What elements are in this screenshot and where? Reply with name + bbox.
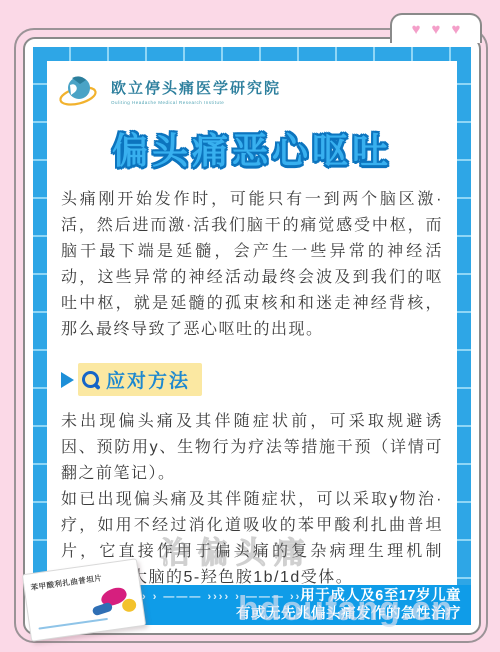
logo-text-en: Ouliting Headache Medical Research Insti… <box>111 100 281 105</box>
logo-texts: 欧立停头痛医学研究院 Ouliting Headache Medical Res… <box>111 77 281 105</box>
page-title: 偏头痛恶心呕吐 <box>47 123 457 174</box>
tiled-border-left <box>33 47 47 585</box>
hearts-tab: ♥ ♥ ♥ <box>390 13 482 43</box>
heart-icon: ♥ <box>432 22 441 37</box>
play-triangle-icon <box>61 372 74 388</box>
page-background: { "colors": { "background_pink": "#fbd9e… <box>0 0 500 652</box>
tiled-border-right <box>457 47 471 585</box>
heart-icon: ♥ <box>412 22 421 37</box>
paragraph-1: 头痛刚开始发作时，可能只有一到两个脑区激·活，然后进而激·活我们脑干的痛觉感受中… <box>61 187 443 343</box>
banner-text-line2: 有或无先兆偏头痛发作的急性治疗 <box>236 605 461 623</box>
head-logo-icon <box>57 73 103 109</box>
logo: 欧立停头痛医学研究院 Ouliting Headache Medical Res… <box>57 73 457 109</box>
paragraph-2: 未出现偏头痛及其伴随症状前，可采取规避诱因、预防用y、生物行为疗法等措施干预（详… <box>61 409 443 487</box>
heart-icon: ♥ <box>451 22 460 37</box>
magnifier-icon <box>82 371 99 388</box>
section-title: 应对方法 <box>106 366 190 393</box>
pill-blob-blue-icon <box>92 602 114 617</box>
pill-blob-yellow-icon <box>121 598 137 613</box>
box-accent-line <box>38 618 108 630</box>
poster-card: 欧立停头痛医学研究院 Ouliting Headache Medical Res… <box>23 37 481 635</box>
tiled-border-top <box>33 47 471 61</box>
content-area: 欧立停头痛医学研究院 Ouliting Headache Medical Res… <box>47 61 457 585</box>
section-highlight: 应对方法 <box>78 363 202 396</box>
banner-text: 用于成人及6至17岁儿童 有或无先兆偏头痛发作的急性治疗 <box>236 587 461 623</box>
logo-text-cn: 欧立停头痛医学研究院 <box>111 77 281 98</box>
section-header: 应对方法 <box>61 363 457 396</box>
banner-text-line1: 用于成人及6至17岁儿童 <box>236 587 461 605</box>
